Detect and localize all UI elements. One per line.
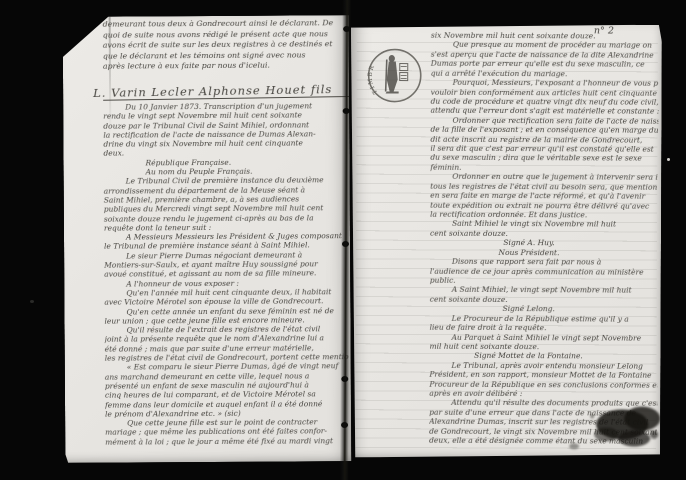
manuscript-line: Dumas porte par erreur qu'elle est du se… [431, 59, 659, 69]
manuscript-line: avoué constitué, et agissant au nom de s… [104, 268, 348, 279]
left-page: demeurant tous deux à Gondrecourt ainsi … [63, 15, 352, 463]
dust-speck [667, 158, 670, 161]
stitch-knot [342, 241, 349, 247]
manuscript-line: soixante douze rendu le jugement ci-aprè… [104, 213, 348, 224]
manuscript-line: l'audience de ce jour après communicatio… [430, 266, 658, 276]
stitch-knot [343, 26, 350, 32]
manuscript-line: Qu'en cette année un enfant du sexe fémi… [104, 306, 348, 317]
timbre-stamp-icon: TIMBRE [365, 45, 425, 105]
left-page-previous-act-end: demeurant tous deux à Gondrecourt ainsi … [103, 18, 346, 72]
manuscript-line: Président, en son rapport, monsieur Mott… [429, 370, 657, 380]
register-scan: demeurant tous deux à Gondrecourt ainsi … [0, 0, 686, 480]
right-page-act-text: six Novembre mil huit cent soixante douz… [429, 31, 659, 447]
manuscript-line: Disons que rapport sera fait par nous à [430, 257, 658, 267]
manuscript-line: du sexe masculin ; dira que le véritable… [430, 153, 658, 163]
manuscript-line: avons écrit de suite sur les deux regist… [103, 39, 346, 51]
stitch-knot [343, 108, 350, 114]
left-page-act-text: Du 10 Janvier 1873. Transcription d'un j… [103, 101, 349, 446]
stitch-knot [341, 422, 348, 428]
manuscript-line: Pourquoi, Messieurs, l'exposant a l'honn… [431, 78, 659, 88]
stitch-knot [341, 376, 348, 382]
ink-blot [544, 390, 664, 457]
manuscript-line: mément à la loi ; que le jour a même été… [105, 436, 349, 447]
manuscript-line: femme dans leur domicile et auquel enfan… [105, 399, 349, 410]
manuscript-line: cent soixante douze. [430, 229, 658, 239]
manuscript-line: cent soixante douze. [430, 294, 658, 304]
manuscript-line: de la fille de l'exposant ; et en conséq… [430, 125, 658, 135]
dust-speck [30, 300, 34, 303]
manuscript-line: mil huit cent soixante douze. [430, 342, 658, 352]
manuscript-line: lieu de faire droit à la requête. [430, 323, 658, 333]
manuscript-line: Le Tribunal Civil de première instance d… [104, 176, 348, 187]
right-page: TIMBRE n° 2 six Novembre mil huit cent s… [349, 23, 662, 458]
manuscript-line: « Est comparu le sieur Pierre Dumas, âgé… [105, 361, 349, 372]
manuscript-line: en sera faite en marge de l'acte réformé… [430, 191, 658, 201]
